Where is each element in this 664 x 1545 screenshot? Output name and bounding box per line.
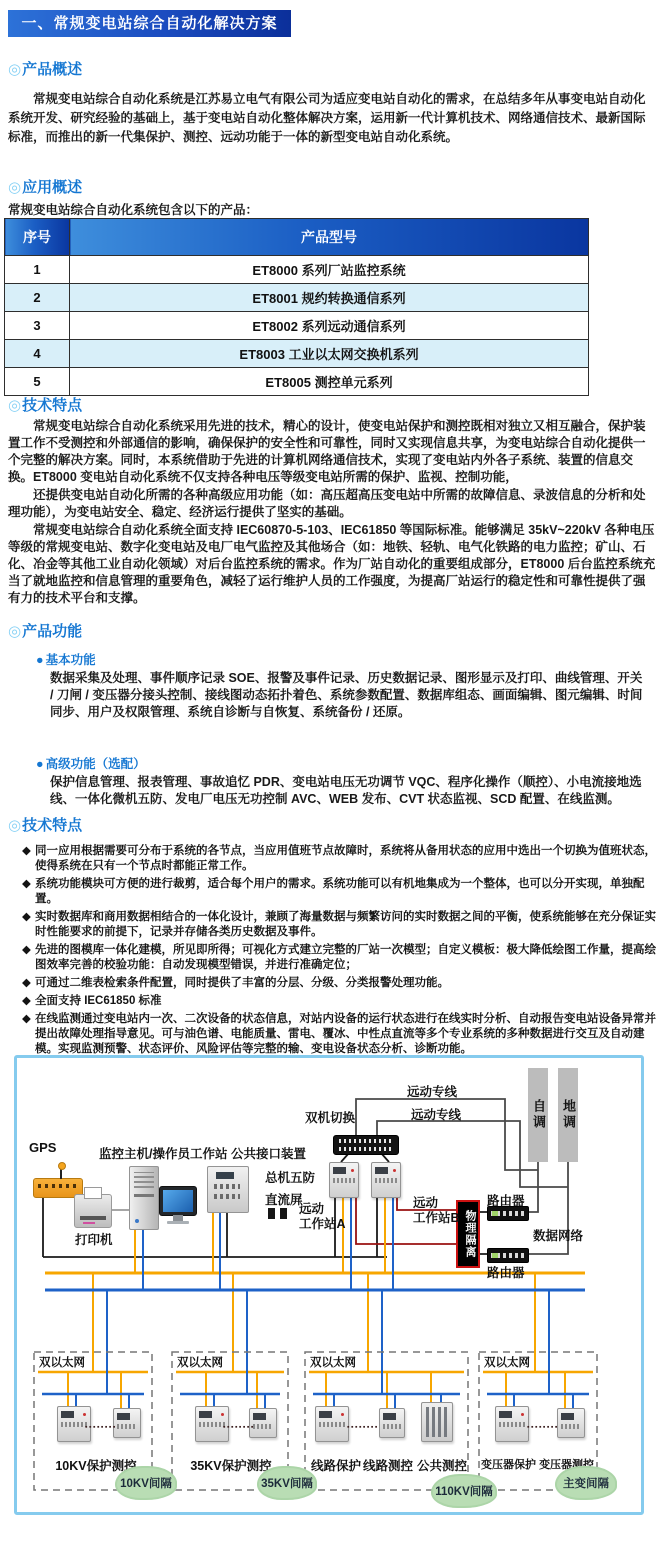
wufang-label: 总机五防 — [265, 1168, 315, 1186]
section-heading-application-overview: ◎应用概述 — [8, 176, 82, 197]
feature-text: 全面支持 IEC61850 标准 — [35, 995, 162, 1007]
workstation-caption: 监控主机/操作员工作站 公共接口装置 — [99, 1144, 306, 1162]
dual-switch-label: 双机切换 — [305, 1108, 355, 1126]
tech-features-paragraphs: 常规变电站综合自动化系统采用先进的技术，精心的设计，使变电站保护和测控既相对独立… — [8, 418, 656, 608]
feature-text: 可通过二维表检索条件配置，同时提供了丰富的分层、分级、分类报警处理功能。 — [35, 977, 449, 989]
router-icon — [487, 1248, 529, 1263]
advanced-functions-text: 保护信息管理、报表管理、事故追忆 PDR、变电站电压无功调节 VQC、程序化操作… — [50, 774, 648, 808]
feature-item: ◆全面支持 IEC61850 标准 — [22, 994, 656, 1009]
row-model: ET8002 系列远动通信系列 — [70, 312, 589, 340]
table-header-row: 序号 产品型号 — [5, 219, 589, 256]
transformer-protection-label: 变压器保护 — [481, 1459, 536, 1471]
remote-workstation-b-icon — [371, 1162, 401, 1198]
advanced-functions-label: ●高级功能（选配） — [36, 754, 146, 772]
ellipsis-devices: ▪▪▪▪▪▪▪▪ — [347, 1424, 379, 1431]
protection-device-icon — [379, 1408, 405, 1438]
protection-device-icon — [495, 1406, 529, 1442]
row-model: ET8003 工业以太网交换机系列 — [70, 340, 589, 368]
feature-text: 同一应用根据需要可分布于系统的各节点，当应用值班节点故障时，系统将从备用状态的应… — [35, 845, 656, 872]
dual-ethernet-label: 双以太网 — [484, 1354, 530, 1370]
row-model: ET8000 系列厂站监控系统 — [70, 256, 589, 284]
bay-cloud-110kv: 110KV间隔 — [431, 1474, 497, 1508]
feature-item: ◆先进的图模库一体化建模，所见即所得；可视化方式建立完整的厂站一次模型；自定义模… — [22, 943, 656, 973]
row-model: ET8005 测控单元系列 — [70, 368, 589, 396]
self-dispatch-bar: 自调 — [528, 1068, 548, 1162]
protection-device-icon — [249, 1408, 277, 1438]
feature-item: ◆同一应用根据需要可分布于系统的各节点，当应用值班节点故障时，系统将从备用状态的… — [22, 844, 656, 874]
row-model: ET8001 规约转换通信系列 — [70, 284, 589, 312]
bay-cloud-35kv: 35KV间隔 — [257, 1466, 317, 1500]
section-heading-product-overview: ◎产品概述 — [8, 58, 82, 79]
diamond-bullet-icon: ◆ — [22, 943, 31, 958]
diamond-bullet-icon: ◆ — [22, 976, 31, 991]
feature-bullet-list: ◆同一应用根据需要可分布于系统的各节点，当应用值班节点故障时，系统将从备用状态的… — [22, 844, 656, 1060]
system-architecture-diagram: GPS 监控主机/操作员工作站 公共接口装置 总机五防 直流屏 打印机 双机切换… — [14, 1055, 644, 1515]
dual-ethernet-label: 双以太网 — [39, 1354, 85, 1370]
bay-cloud-transformer: 主变间隔 — [555, 1466, 617, 1500]
feature-text: 先进的图模库一体化建模，所见即所得；可视化方式建立完整的厂站一次模型；自定义模板… — [35, 944, 656, 971]
row-index: 3 — [5, 312, 70, 340]
remote-ws-a-line2: 工作站A — [299, 1217, 346, 1232]
table-header-model: 产品型号 — [70, 219, 589, 256]
section-marker-icon: ◎ — [8, 817, 21, 834]
rack-device-icon — [421, 1402, 453, 1442]
dedicated-line-label-1: 远动专线 — [407, 1082, 457, 1100]
dc-screen-label: 直流屏 — [265, 1190, 303, 1208]
remote-workstation-b-label: 远动 工作站B — [413, 1196, 460, 1226]
bay-label-line-control: 线路测控 — [363, 1456, 413, 1474]
feature-text: 实时数据库和商用数据相结合的一体化设计，兼顾了海量数据与频繁访问的实时数据之间的… — [35, 911, 656, 938]
diamond-bullet-icon: ◆ — [22, 877, 31, 892]
section-marker-icon: ◎ — [8, 397, 21, 414]
printer-label: 打印机 — [75, 1230, 113, 1248]
row-index: 2 — [5, 284, 70, 312]
feature-item: ◆实时数据库和商用数据相结合的一体化设计，兼顾了海量数据与频繁访问的实时数据之间… — [22, 910, 656, 940]
diamond-bullet-icon: ◆ — [22, 844, 31, 859]
table-row: 1ET8000 系列厂站监控系统 — [5, 256, 589, 284]
feature-text: 系统功能模块可方便的进行裁剪，适合每个用户的需求。系统功能可以有机地集成为一个整… — [35, 878, 645, 905]
basic-functions-text: 数据采集及处理、事件顺序记录 SOE、报警及事件记录、历史数据记录、图形显示及打… — [50, 670, 648, 721]
row-index: 5 — [5, 368, 70, 396]
section-heading-text: 产品概述 — [22, 61, 82, 78]
table-row: 3ET8002 系列远动通信系列 — [5, 312, 589, 340]
monitor-icon — [159, 1186, 197, 1216]
table-header-index: 序号 — [5, 219, 70, 256]
product-overview-paragraph: 常规变电站综合自动化系统是江苏易立电气有限公司为适应变电站自动化的需求，在总结多… — [8, 90, 654, 147]
table-intro-line: 常规变电站综合自动化系统包含以下的产品： — [8, 200, 258, 218]
remote-ws-a-line1: 远动 — [299, 1202, 346, 1217]
basic-functions-text-label: 基本功能 — [46, 653, 96, 667]
host-computer-icon — [129, 1166, 159, 1230]
remote-ws-b-line2: 工作站B — [413, 1211, 460, 1226]
ethernet-a-device-drops — [68, 1372, 565, 1408]
local-dispatch-bar: 地调 — [558, 1068, 578, 1162]
remote-workstation-a-icon — [329, 1162, 359, 1198]
dual-ethernet-label: 双以太网 — [177, 1354, 223, 1370]
ellipsis-devices: ▪▪▪▪▪▪▪▪ — [527, 1424, 559, 1431]
basic-functions-label: ●基本功能 — [36, 650, 96, 668]
diamond-bullet-icon: ◆ — [22, 910, 31, 925]
protection-device-icon — [315, 1406, 349, 1442]
protection-device-icon — [557, 1408, 585, 1438]
printer-icon — [74, 1194, 112, 1228]
router-label-top: 路由器 — [487, 1191, 525, 1209]
section-heading-tech-features-1: ◎技术特点 — [8, 394, 82, 415]
feature-item: ◆可通过二维表检索条件配置，同时提供了丰富的分层、分级、分类报警处理功能。 — [22, 976, 656, 991]
section-marker-icon: ◎ — [8, 61, 21, 78]
bullet-dot-icon: ● — [36, 653, 44, 667]
section-heading-text: 技术特点 — [22, 397, 82, 414]
feature-item: ◆在线监测通过变电站内一次、二次设备的状态信息，对站内设备的运行状态进行在线实时… — [22, 1012, 656, 1057]
table-row: 4ET8003 工业以太网交换机系列 — [5, 340, 589, 368]
section-heading-text: 产品功能 — [22, 623, 82, 640]
ellipsis-devices: ▪▪▪▪▪▪▪▪ — [223, 1424, 255, 1431]
section-heading-product-functions: ◎产品功能 — [8, 620, 82, 641]
dual-switch-device-icon — [333, 1135, 399, 1155]
ellipsis-devices: ▪▪▪▪▪▪▪▪ — [85, 1424, 117, 1431]
dedicated-line-label-2: 远动专线 — [411, 1105, 461, 1123]
page-title: 一、常规变电站综合自动化解决方案 — [8, 10, 291, 37]
gps-label: GPS — [29, 1140, 56, 1155]
bay-label-line-protection: 线路保护 — [311, 1456, 361, 1474]
product-table: 序号 产品型号 1ET8000 系列厂站监控系统 2ET8001 规约转换通信系… — [4, 218, 589, 396]
bullet-dot-icon: ● — [36, 757, 44, 771]
feature-item: ◆系统功能模块可方便的进行裁剪，适合每个用户的需求。系统功能可以有机地集成为一个… — [22, 877, 656, 907]
tech-paragraph: 常规变电站综合自动化系统采用先进的技术，精心的设计，使变电站保护和测控既相对独立… — [8, 418, 656, 486]
row-index: 1 — [5, 256, 70, 284]
section-marker-icon: ◎ — [8, 623, 21, 640]
tech-paragraph: 常规变电站综合自动化系统全面支持 IEC60870-5-103、IEC61850… — [8, 522, 656, 607]
feature-text: 在线监测通过变电站内一次、二次设备的状态信息，对站内设备的运行状态进行在线实时分… — [35, 1013, 656, 1055]
table-row: 5ET8005 测控单元系列 — [5, 368, 589, 396]
remote-ws-b-line1: 远动 — [413, 1196, 460, 1211]
table-row: 2ET8001 规约转换通信系列 — [5, 284, 589, 312]
interface-panel-icon — [207, 1166, 249, 1213]
section-heading-text: 技术特点 — [22, 817, 82, 834]
diamond-bullet-icon: ◆ — [22, 994, 31, 1009]
tech-paragraph: 还提供变电站自动化所需的各种高级应用功能（如：高压超高压变电站中所需的故障信息、… — [8, 487, 656, 521]
bay-cloud-10kv: 10KV间隔 — [115, 1466, 177, 1500]
dual-ethernet-label: 双以太网 — [310, 1354, 356, 1370]
section-marker-icon: ◎ — [8, 179, 21, 196]
section-heading-tech-features-2: ◎技术特点 — [8, 814, 82, 835]
protection-device-icon — [113, 1408, 141, 1438]
remote-workstation-a-label: 远动 工作站A — [299, 1202, 346, 1232]
advanced-functions-text-label: 高级功能（选配） — [46, 757, 146, 771]
dc-blocks-icon — [268, 1208, 290, 1219]
section-heading-text: 应用概述 — [22, 179, 82, 196]
router-label-bottom: 路由器 — [487, 1263, 525, 1281]
data-network-label: 数据网络 — [533, 1226, 583, 1244]
row-index: 4 — [5, 340, 70, 368]
bay-label-common-control: 公共测控 — [417, 1456, 467, 1474]
diamond-bullet-icon: ◆ — [22, 1012, 31, 1027]
